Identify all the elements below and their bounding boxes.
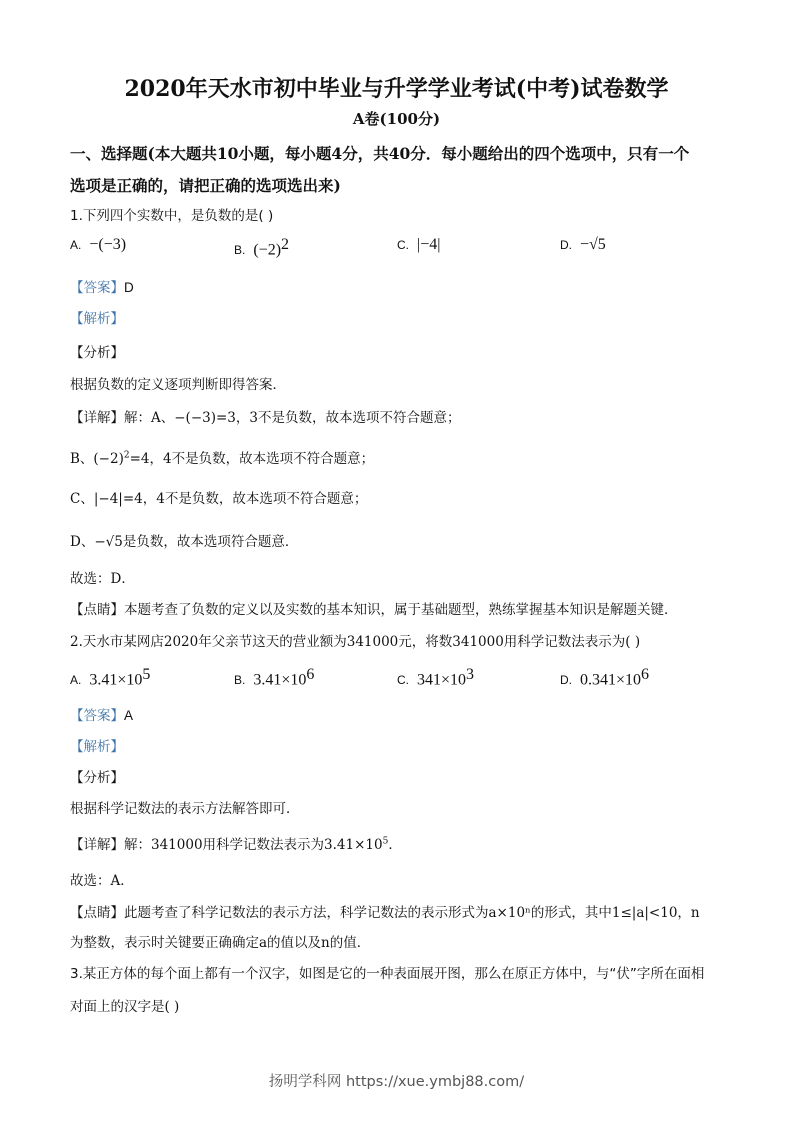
- q2-option-d-label: D.: [560, 673, 572, 687]
- answer-value: D: [124, 280, 134, 295]
- q2-option-b[interactable]: B.3.41×106: [234, 666, 314, 689]
- q2-option-c-expr: 341×10: [417, 671, 466, 688]
- page-title: 2020年天水市初中毕业与升学学业考试(中考)试卷数学: [0, 72, 793, 103]
- answer-tag: 【答案】: [70, 280, 124, 296]
- q2-option-b-exponent: 6: [306, 666, 314, 683]
- q2-option-b-label: B.: [234, 673, 245, 687]
- q1-fenxi-text: 根据负数的定义逐项判断即得答案．: [70, 373, 286, 393]
- q2-jiexi-tag: 【解析】: [70, 735, 124, 755]
- q1-xiangjie-c: C、|−4|=4，4不是负数，故本选项不符合题意；: [70, 487, 367, 507]
- q1-option-c-expr: |−4|: [417, 236, 440, 253]
- xiangjie-a-text: 解：A、−(−3)=3，3不是负数，故本选项不符合题意；: [124, 410, 460, 426]
- q1-option-b-expr: (−2): [253, 241, 281, 258]
- q1-option-d[interactable]: D.−√5: [560, 236, 606, 254]
- q2-option-a-label: A.: [70, 673, 81, 687]
- q2-dianjing-line1: 【点睛】此题考查了科学记数法的表示方法，科学记数法的表示形式为a×10ⁿ的形式，…: [70, 901, 700, 921]
- q1-stem: 1.下列四个实数中，是负数的是( ): [70, 204, 273, 224]
- q3-stem-line2: 对面上的汉字是( ): [70, 995, 179, 1015]
- q2-xiangjie: 【详解】解：341000用科学记数法表示为3.41×105．: [70, 833, 402, 853]
- q1-option-a[interactable]: A.−(−3): [70, 236, 126, 254]
- dianjing-tag: 【点睛】: [70, 905, 124, 921]
- xiangjie-b-pre: B、(−2): [70, 451, 124, 467]
- section-heading-line2: 选项是正确的，请把正确的选项选出来): [70, 174, 341, 196]
- q2-option-c-exponent: 3: [466, 666, 474, 683]
- q1-option-b[interactable]: B.(−2)2: [234, 236, 289, 259]
- q2-option-c-label: C.: [397, 673, 409, 687]
- answer-tag: 【答案】: [70, 708, 124, 724]
- q1-option-b-label: B.: [234, 243, 245, 257]
- xiangjie-b-post: =4，4不是负数，故本选项不符合题意；: [130, 451, 375, 467]
- q1-fenxi-tag: 【分析】: [70, 341, 124, 361]
- q1-guxuan: 故选：D．: [70, 567, 135, 587]
- q2-guxuan: 故选：A．: [70, 869, 134, 889]
- xiangjie-pre: 解：341000用科学记数法表示为3.41×10: [124, 837, 383, 853]
- q2-option-a[interactable]: A.3.41×105: [70, 666, 150, 689]
- q1-xiangjie-b: B、(−2)2=4，4不是负数，故本选项不符合题意；: [70, 447, 374, 467]
- q1-dianjing: 【点睛】本题考查了负数的定义以及实数的基本知识，属于基础题型，熟练掌握基本知识是…: [70, 598, 678, 618]
- xiangjie-post: ．: [388, 837, 402, 853]
- q1-xiangjie-d: D、−√5是负数，故本选项符合题意．: [70, 530, 298, 550]
- q1-xiangjie-a: 【详解】解：A、−(−3)=3，3不是负数，故本选项不符合题意；: [70, 406, 460, 426]
- q2-option-b-expr: 3.41×10: [253, 671, 306, 688]
- section-heading-line1: 一、选择题(本大题共10小题，每小题4分，共40分．每小题给出的四个选项中，只有…: [70, 142, 689, 164]
- answer-value: A: [124, 708, 133, 723]
- xiangjie-tag: 【详解】: [70, 837, 124, 853]
- q2-stem: 2.天水市某网店2020年父亲节这天的营业额为341000元，将数341000用…: [70, 630, 640, 650]
- q2-option-c[interactable]: C.341×103: [397, 666, 474, 689]
- q1-option-c-label: C.: [397, 238, 409, 252]
- q1-option-c[interactable]: C.|−4|: [397, 236, 440, 254]
- q2-option-a-expr: 3.41×10: [89, 671, 142, 688]
- dianjing-text: 本题考查了负数的定义以及实数的基本知识，属于基础题型，熟练掌握基本知识是解题关键…: [124, 602, 678, 618]
- q1-option-d-expr: −√5: [580, 236, 606, 253]
- footer-watermark[interactable]: 扬明学科网 https://xue.ymbj88.com/: [0, 1070, 793, 1091]
- q2-answer: 【答案】A: [70, 704, 133, 724]
- q2-option-d-exponent: 6: [641, 666, 649, 683]
- q2-dianjing-line2: 为整数，表示时关键要正确确定a的值以及n的值．: [70, 931, 370, 951]
- xiangjie-tag: 【详解】: [70, 410, 124, 426]
- page-subtitle: A卷(100分): [0, 108, 793, 129]
- q1-option-d-label: D.: [560, 238, 572, 252]
- q1-option-b-exponent: 2: [281, 236, 289, 253]
- q2-option-d[interactable]: D.0.341×106: [560, 666, 649, 689]
- q1-answer: 【答案】D: [70, 276, 134, 296]
- q2-option-a-exponent: 5: [142, 666, 150, 683]
- q1-option-a-label: A.: [70, 238, 81, 252]
- q2-fenxi-tag: 【分析】: [70, 766, 124, 786]
- q1-jiexi-tag: 【解析】: [70, 307, 124, 327]
- q1-option-a-expr: −(−3): [89, 236, 126, 253]
- dianjing-tag: 【点睛】: [70, 602, 124, 618]
- q2-option-d-expr: 0.341×10: [580, 671, 641, 688]
- q3-stem-line1: 3.某正方体的每个面上都有一个汉字，如图是它的一种表面展开图，那么在原正方体中，…: [70, 962, 704, 982]
- dianjing-text: 此题考查了科学记数法的表示方法，科学记数法的表示形式为a×10ⁿ的形式，其中1≤…: [124, 905, 700, 921]
- q2-fenxi-text: 根据科学记数法的表示方法解答即可．: [70, 797, 300, 817]
